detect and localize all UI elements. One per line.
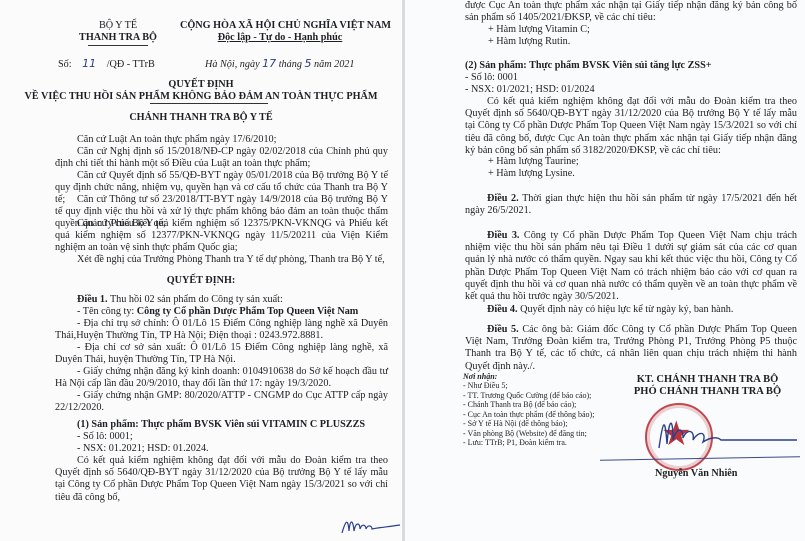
product-2-result: Có kết quả kiểm nghiệm không đạt đối với… (465, 96, 797, 157)
article-4: Điều 4. Quyết định này có hiệu lực kể từ… (465, 304, 797, 316)
company-name-line: - Tên công ty: Công ty Cổ phần Dược Phẩm… (77, 306, 388, 318)
product-2-lot: - Số lô: 0001 (465, 72, 518, 84)
factory-address: - Địa chỉ cơ sở sản xuất: Ô 01/Lô 15 Điể… (55, 342, 388, 366)
national-motto: Độc lập - Tự do - Hạnh phúc (180, 32, 380, 44)
product-1-dates: - NSX: 01.2021; HSD: 01.2024. (77, 443, 209, 455)
product-1-criterion-2: + Hàm lượng Rutin. (488, 36, 570, 48)
document-page-right: được Cục An toàn thực phẩm xác nhận tại … (405, 0, 805, 541)
signer-title-2: PHÓ CHÁNH THANH TRA BỘ (620, 386, 795, 397)
agency-underline (88, 45, 148, 46)
article-1-text: Thu hồi 02 sản phẩm do Công ty sản xuất: (110, 294, 283, 305)
signer-name: Nguyễn Văn Nhiên (655, 468, 737, 480)
agency-unit: THANH TRA BỘ (48, 32, 188, 44)
recipient-item: - Sở Y tế Hà Nội (để thông báo); (463, 419, 568, 429)
article-1-label: Điều 1. (77, 294, 108, 305)
recipient-item: - TT. Trương Quốc Cường (để báo cáo); (463, 391, 591, 401)
issuing-authority: CHÁNH THANH TRA BỘ Y TẾ (0, 112, 402, 124)
recipient-item: - Chánh Thanh tra Bộ (để báo cáo); (463, 400, 576, 410)
article-5-label: Điều 5. (487, 324, 519, 335)
doc-number-prefix: Số: (58, 59, 72, 70)
article-4-label: Điều 4. (487, 304, 518, 315)
gmp-certificate: - Giấy chứng nhận GMP: 80/2020/ATTP - CN… (55, 390, 388, 414)
article-3: Điều 3. Công ty Cổ phần Dược Phẩm Top Qu… (465, 230, 797, 303)
article-4-text: Quyết định này có hiệu lực kể từ ngày ký… (520, 304, 733, 315)
date-month-handwritten: 5 (304, 57, 311, 70)
recipient-item: - Cục An toàn thực phẩm (để thông báo); (463, 410, 594, 420)
agency-name: BỘ Y TẾ (48, 20, 188, 32)
product-1-result-continued: được Cục An toàn thực phẩm xác nhận tại … (465, 0, 797, 24)
place-date-prefix: Hà Nội, ngày (205, 59, 260, 70)
legal-basis-6: Xét đề nghị của Trưởng Phòng Thanh tra Y… (55, 254, 388, 266)
product-2-criterion-1: + Hàm lượng Taurine; (488, 156, 579, 168)
business-certificate: - Giấy chứng nhận đăng ký kinh doanh: 01… (55, 366, 388, 390)
date-year: năm 2021 (314, 59, 354, 70)
national-title: CỘNG HÒA XÃ HỘI CHỦ NGHĨA VIỆT NAM (180, 20, 380, 32)
legal-basis-2: Căn cứ Nghị định số 15/2018/NĐ-CP ngày 0… (55, 146, 388, 170)
doc-number-handwritten: 11 (82, 57, 96, 70)
document-page-left: BỘ Y TẾ THANH TRA BỘ Số: 11 /QĐ - TTrB C… (0, 0, 402, 541)
recipient-item: - Như Điều 5; (463, 381, 508, 391)
initials-signature (340, 515, 402, 537)
decides-heading: QUYẾT ĐỊNH: (0, 275, 402, 287)
place-date: Hà Nội, ngày 17 tháng 5 năm 2021 (205, 58, 355, 71)
product-1-lot: - Số lô: 0001; (77, 431, 133, 443)
date-day-handwritten: 17 (262, 57, 276, 70)
doc-number-suffix: /QĐ - TTrB (107, 59, 155, 70)
article-1: Điều 1. Thu hồi 02 sản phẩm do Công ty s… (77, 294, 388, 306)
article-2-label: Điều 2. (487, 193, 519, 204)
hq-address: - Địa chỉ trụ sở chính: Ô 01/Lô 15 Điểm … (55, 318, 388, 342)
handwritten-signature (637, 410, 805, 460)
date-month-label: tháng (279, 59, 302, 70)
legal-basis-5: Căn cứ Phiếu kết quả kiểm nghiệm số 1237… (55, 218, 388, 255)
product-2-criterion-2: + Hàm lượng Lysine. (488, 168, 575, 180)
company-name-label: - Tên công ty: (77, 306, 134, 317)
product-2-dates: - NSX: 01/2021; HSD: 01/2024 (465, 84, 595, 96)
subject-underline (150, 103, 268, 104)
legal-basis-1: Căn cứ Luật An toàn thực phẩm ngày 17/6/… (55, 134, 388, 146)
recipient-item: - Văn phòng Bộ (Website) để đăng tin; (463, 429, 587, 439)
product-1-criterion-1: + Hàm lượng Vitamin C; (488, 24, 590, 36)
article-5: Điều 5. Các ông bà: Giám đốc Công ty Cổ … (465, 324, 797, 373)
recipient-item: - Lưu: TTrB; P1, Đoàn kiểm tra. (463, 438, 567, 448)
product-1-title: (1) Sản phẩm: Thực phẩm BVSK Viên sủi VI… (77, 419, 365, 431)
product-1-result: Có kết quả kiểm nghiệm không đạt đối với… (55, 455, 388, 504)
company-name: Công ty Cổ phần Dược Phẩm Top Queen Việt… (137, 306, 358, 317)
signer-title-1: KT. CHÁNH THANH TRA BỘ (620, 374, 795, 385)
document-number: Số: 11 /QĐ - TTrB (58, 58, 155, 71)
article-2: Điều 2. Thời gian thực hiện thu hồi sản … (465, 193, 797, 217)
decision-title: QUYẾT ĐỊNH (0, 79, 402, 91)
decision-subject: VỀ VIỆC THU HỒI SẢN PHẨM KHÔNG BẢO ĐẢM A… (0, 91, 402, 103)
article-3-label: Điều 3. (487, 230, 519, 241)
product-2-title: (2) Sản phẩm: Thực phẩm BVSK Viên sủi tă… (465, 60, 712, 72)
